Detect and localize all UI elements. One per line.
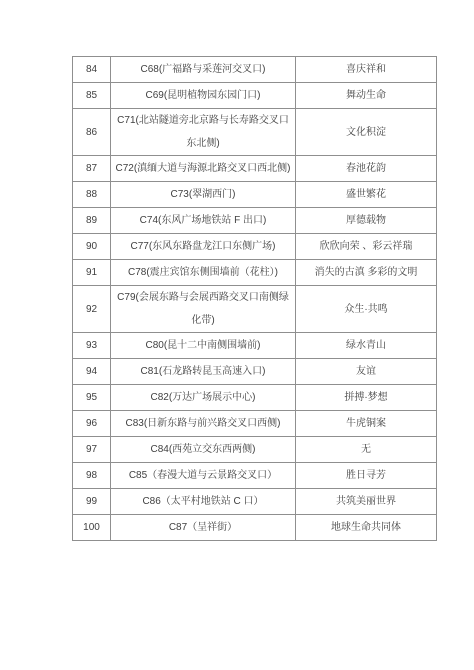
location-cell: C81(石龙路转昆玉高速入口) — [111, 359, 296, 385]
row-number-cell: 92 — [73, 286, 111, 333]
theme-cell: 无 — [296, 437, 437, 463]
table-row: 95 C82(万达广场展示中心) 拼搏·梦想 — [73, 385, 437, 411]
theme-cell: 春池花韵 — [296, 156, 437, 182]
location-cell: C78(震庄宾馆东侧围墙前（花柱）) — [111, 260, 296, 286]
theme-cell: 绿水青山 — [296, 333, 437, 359]
row-number-cell: 88 — [73, 182, 111, 208]
location-cell: C84(西苑立交东西两侧) — [111, 437, 296, 463]
location-cell: C80(昆十二中南侧围墙前) — [111, 333, 296, 359]
row-number-cell: 87 — [73, 156, 111, 182]
location-cell: C87（呈祥街） — [111, 515, 296, 541]
location-cell: C73(翠湖西门) — [111, 182, 296, 208]
location-cell: C77(东风东路盘龙江口东侧广场) — [111, 234, 296, 260]
location-cell: C71(北站隧道旁北京路与长寿路交叉口东北侧) — [111, 109, 296, 156]
table-row: 87 C72(滇缅大道与海源北路交叉口西北侧) 春池花韵 — [73, 156, 437, 182]
table-row: 91 C78(震庄宾馆东侧围墙前（花柱）) 消失的古滇 多彩的文明 — [73, 260, 437, 286]
row-number-cell: 98 — [73, 463, 111, 489]
table-row: 99 C86（太平村地铁站 C 口） 共筑美丽世界 — [73, 489, 437, 515]
row-number-cell: 86 — [73, 109, 111, 156]
row-number-cell: 90 — [73, 234, 111, 260]
table-row: 89 C74(东风广场地铁站 F 出口) 厚德载物 — [73, 208, 437, 234]
row-number-cell: 94 — [73, 359, 111, 385]
theme-cell: 共筑美丽世界 — [296, 489, 437, 515]
theme-cell: 厚德载物 — [296, 208, 437, 234]
theme-cell: 拼搏·梦想 — [296, 385, 437, 411]
table-row: 90 C77(东风东路盘龙江口东侧广场) 欣欣向荣 、彩云祥瑞 — [73, 234, 437, 260]
theme-cell: 文化积淀 — [296, 109, 437, 156]
table-row: 94 C81(石龙路转昆玉高速入口) 友谊 — [73, 359, 437, 385]
location-cell: C72(滇缅大道与海源北路交叉口西北侧) — [111, 156, 296, 182]
row-number-cell: 96 — [73, 411, 111, 437]
theme-cell: 喜庆祥和 — [296, 57, 437, 83]
location-cell: C82(万达广场展示中心) — [111, 385, 296, 411]
row-number-cell: 84 — [73, 57, 111, 83]
row-number-cell: 91 — [73, 260, 111, 286]
row-number-cell: 93 — [73, 333, 111, 359]
theme-cell: 舞动生命 — [296, 83, 437, 109]
theme-cell: 盛世繁花 — [296, 182, 437, 208]
theme-cell: 消失的古滇 多彩的文明 — [296, 260, 437, 286]
location-cell: C83(日新东路与前兴路交叉口西侧) — [111, 411, 296, 437]
table-row: 96 C83(日新东路与前兴路交叉口西侧) 牛虎铜案 — [73, 411, 437, 437]
theme-cell: 胜日寻芳 — [296, 463, 437, 489]
location-cell: C86（太平村地铁站 C 口） — [111, 489, 296, 515]
location-cell: C74(东风广场地铁站 F 出口) — [111, 208, 296, 234]
theme-cell: 友谊 — [296, 359, 437, 385]
table-row: 100 C87（呈祥街） 地球生命共同体 — [73, 515, 437, 541]
table-row: 84 C68(广福路与采莲河交叉口) 喜庆祥和 — [73, 57, 437, 83]
location-cell: C69(昆明植物园东园门口) — [111, 83, 296, 109]
table-row: 85 C69(昆明植物园东园门口) 舞动生命 — [73, 83, 437, 109]
table-body: 84 C68(广福路与采莲河交叉口) 喜庆祥和 85 C69(昆明植物园东园门口… — [73, 57, 437, 541]
table-row: 97 C84(西苑立交东西两侧) 无 — [73, 437, 437, 463]
location-cell: C68(广福路与采莲河交叉口) — [111, 57, 296, 83]
row-number-cell: 99 — [73, 489, 111, 515]
table-row: 93 C80(昆十二中南侧围墙前) 绿水青山 — [73, 333, 437, 359]
row-number-cell: 89 — [73, 208, 111, 234]
document-page: 84 C68(广福路与采莲河交叉口) 喜庆祥和 85 C69(昆明植物园东园门口… — [0, 0, 474, 670]
row-number-cell: 85 — [73, 83, 111, 109]
row-number-cell: 95 — [73, 385, 111, 411]
location-cell: C85（春漫大道与云景路交叉口） — [111, 463, 296, 489]
table-row: 88 C73(翠湖西门) 盛世繁花 — [73, 182, 437, 208]
location-cell: C79(会展东路与会展西路交叉口南侧绿化带) — [111, 286, 296, 333]
theme-cell: 欣欣向荣 、彩云祥瑞 — [296, 234, 437, 260]
theme-cell: 牛虎铜案 — [296, 411, 437, 437]
row-number-cell: 97 — [73, 437, 111, 463]
table-row: 86 C71(北站隧道旁北京路与长寿路交叉口东北侧) 文化积淀 — [73, 109, 437, 156]
artwork-location-table: 84 C68(广福路与采莲河交叉口) 喜庆祥和 85 C69(昆明植物园东园门口… — [72, 56, 437, 541]
table-row: 98 C85（春漫大道与云景路交叉口） 胜日寻芳 — [73, 463, 437, 489]
theme-cell: 地球生命共同体 — [296, 515, 437, 541]
theme-cell: 众生·共鸣 — [296, 286, 437, 333]
table-row: 92 C79(会展东路与会展西路交叉口南侧绿化带) 众生·共鸣 — [73, 286, 437, 333]
row-number-cell: 100 — [73, 515, 111, 541]
